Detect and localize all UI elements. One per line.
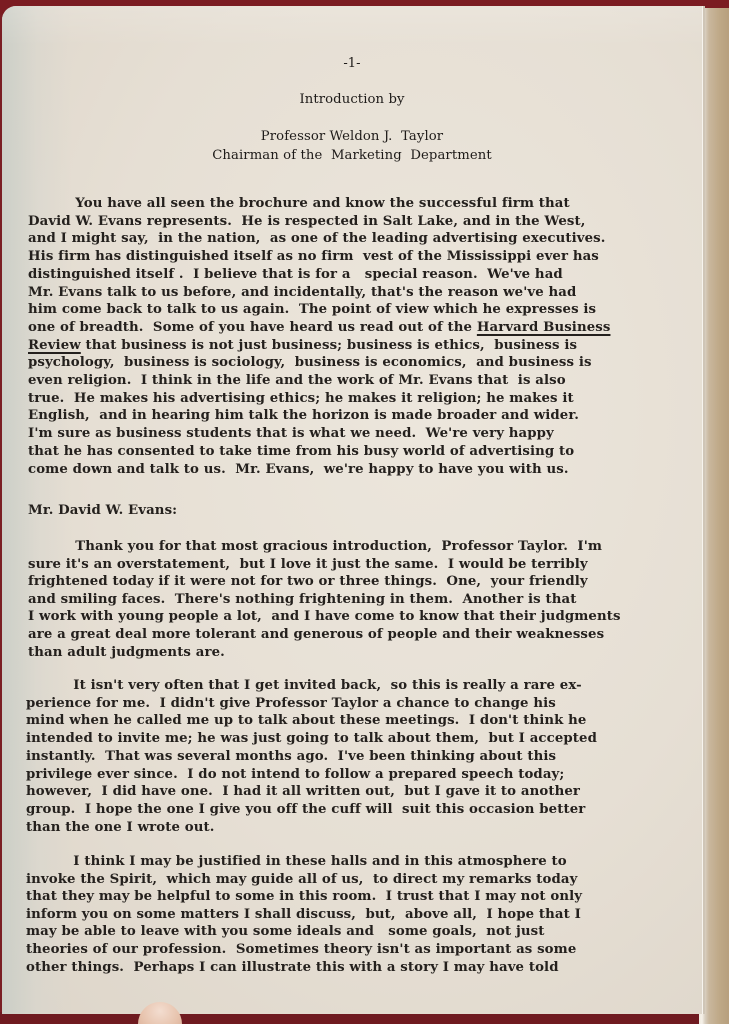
text-line: and smiling faces. There's nothing frigh… [28,592,576,607]
text-line: Review that business is not just busines… [28,338,577,353]
text-line: one of breadth. Some of you have heard u… [28,320,610,335]
text-line: invoke the Spirit, which may guide all o… [26,872,577,887]
page-highlight [2,6,702,46]
text-line: You have all seen the brochure and know … [28,196,570,211]
text-line: frightened today if it were not for two … [28,574,588,589]
text-line: sure it's an overstatement, but I love i… [28,557,588,572]
text-line: that he has consented to take time from … [28,444,574,459]
document-page: -1- Introduction by Professor Weldon J. … [2,6,702,1014]
page-number: -1- [2,56,702,71]
text-line: psychology, business is sociology, busin… [28,355,592,370]
text-line: than the one I wrote out. [26,820,214,835]
text-line: group. I hope the one I give you off the… [26,802,585,817]
text-line: that they may be helpful to some in this… [26,889,582,904]
text-line: inform you on some matters I shall discu… [26,907,581,922]
text-line: perience for me. I didn't give Professor… [26,696,556,711]
text-line: other things. Perhaps I can illustrate t… [26,960,559,975]
text-line: I work with young people a lot, and I ha… [28,609,621,624]
text-line: even religion. I think in the life and t… [28,373,566,388]
text-line: intended to invite me; he was just going… [26,731,597,746]
text-line: English, and in hearing him talk the hor… [28,408,579,423]
heading-professor-name: Professor Weldon J. Taylor [2,129,702,144]
text-line: Mr. Evans talk to us before, and inciden… [28,285,576,300]
text-line: however, I did have one. I had it all wr… [26,784,580,799]
text-line: I think I may be justified in these hall… [26,854,567,869]
text-line: David W. Evans represents. He is respect… [28,214,585,229]
text-line: theories of our profession. Sometimes th… [26,942,576,957]
text-line: are a great deal more tolerant and gener… [28,627,604,642]
text-line: than adult judgments are. [28,645,225,660]
speaker-label: Mr. David W. Evans: [28,503,177,518]
heading-department: Chairman of the Marketing Department [2,148,702,163]
text-line: may be able to leave with you some ideal… [26,924,545,939]
underlined-title: Harvard Business [477,320,611,335]
text-line: It isn't very often that I get invited b… [26,678,582,693]
page-stack-edge [699,8,729,1024]
text-line: him come back to talk to us again. The p… [28,302,596,317]
text-line: and I might say, in the nation, as one o… [28,231,605,246]
text-line: His firm has distinguished itself as no … [28,249,599,264]
text-line: instantly. That was several months ago. … [26,749,556,764]
text-line: true. He makes his advertising ethics; h… [28,391,574,406]
heading-introduction: Introduction by [2,92,702,107]
text-line: come down and talk to us. Mr. Evans, we'… [28,462,569,477]
text-line: privilege ever since. I do not intend to… [26,767,564,782]
text-line: Thank you for that most gracious introdu… [28,539,602,554]
text-line: distinguished itself . I believe that is… [28,267,563,282]
text-line: I'm sure as business students that is wh… [28,426,554,441]
underlined-title: Review [28,338,81,353]
text-line: mind when he called me up to talk about … [26,713,587,728]
